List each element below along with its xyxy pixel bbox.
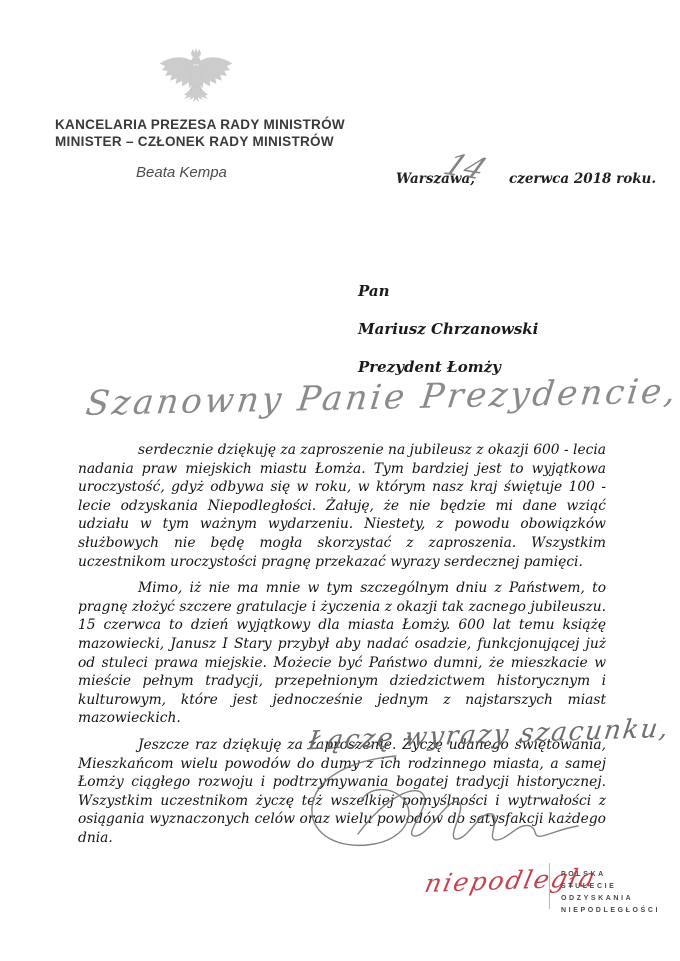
logo-caption-line3: NIEPODLEGŁOŚCI [561, 905, 680, 917]
polish-eagle-emblem-icon [150, 46, 242, 118]
body-paragraph-1: serdecznie dziękuję za zaproszenie na ju… [78, 441, 606, 571]
handwritten-salutation: Szanowny Panie Prezydencie, [84, 372, 649, 424]
logo-caption-block: POLSKA STULECIE ODZYSKANIA NIEPODLEGŁOŚC… [561, 869, 680, 917]
recipient-line-title: Pan [358, 272, 538, 310]
recipient-line-name: Mariusz Chrzanowski [358, 310, 538, 348]
body-paragraph-2: Mimo, iż nie ma mnie w tym szczególnym d… [78, 579, 606, 728]
org-name-line2: MINISTER – CZŁONEK RADY MINISTRÓW [55, 133, 345, 150]
recipient-block: Pan Mariusz Chrzanowski Prezydent Łomży [358, 272, 538, 386]
dateline: Warszawa,czerwca 2018 roku. [396, 171, 656, 187]
dateline-date: czerwca 2018 roku. [509, 171, 656, 187]
signature-flourish-icon [296, 738, 676, 853]
letter-page: KANCELARIA PREZESA RADY MINISTRÓW MINIST… [0, 0, 680, 961]
logo-caption-line2: STULECIE ODZYSKANIA [561, 881, 680, 905]
logo-divider [549, 863, 550, 909]
letterhead-org-block: KANCELARIA PREZESA RADY MINISTRÓW MINIST… [55, 116, 345, 150]
org-name-line1: KANCELARIA PREZESA RADY MINISTRÓW [55, 116, 345, 133]
official-name: Beata Kempa [136, 164, 227, 181]
logo-caption-line1: POLSKA [561, 869, 680, 881]
